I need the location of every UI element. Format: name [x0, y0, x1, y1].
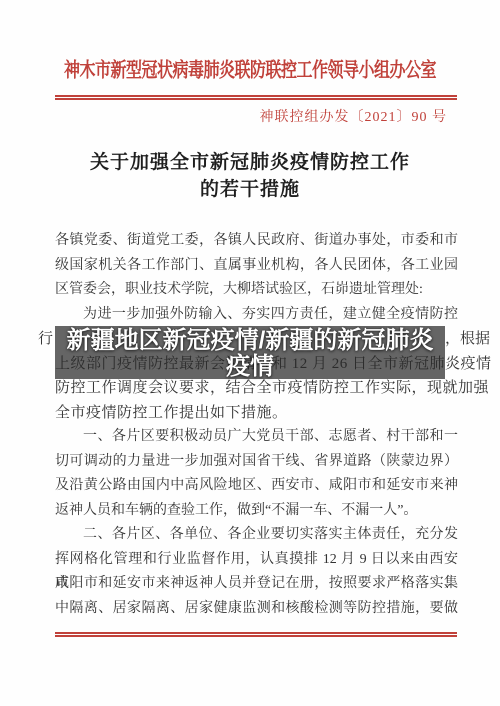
text-line: 中隔离、居家隔离、居家健康监测和核酸检测等防控措施，要做 [55, 597, 458, 622]
text-line: 二、各片区、各单位、各企业要切实落实主体责任，充分发 [55, 523, 458, 548]
text-line: 咸阳市和延安市来神返神人员并登记在册，按照要求严格落实集 [55, 572, 458, 597]
text-line: 区管委会，职业技术学院，大柳塔试验区，石峁遗址管理处: [55, 278, 458, 303]
text-line: 各镇党委、街道党工委，各镇人民政府、街道办事处，市委和市 [55, 229, 458, 254]
document-title: 关于加强全市新冠肺炎疫情防控工作 的若干措施 [0, 149, 500, 203]
footer-red-rule [55, 632, 457, 637]
document-body: 各镇党委、街道党工委，各镇人民政府、街道办事处，市委和市 级国家机关各工作部门、… [55, 229, 458, 621]
text-line: 一、各片区要积极动员广大党员干部、志愿者、村干部和一 [55, 425, 458, 450]
letterhead-red-rule [55, 95, 457, 100]
text-line: 返神人员和车辆的查验工作，做到“不漏一车、不漏一人”。 [55, 499, 458, 524]
text-line: 挥网格化管理和行业监督作用，认真摸排 12 月 9 日以来由西安市、 [55, 548, 458, 573]
hidden-line-right-fragment: ，根据 [445, 327, 490, 352]
letterhead-org-name: 神木市新型冠状病毒肺炎联防联控工作领导小组办公室 [0, 54, 500, 83]
document-title-line1: 关于加强全市新冠肺炎疫情防控工作 [0, 149, 500, 176]
caption-line2: 疫情 [55, 354, 445, 379]
text-line: 及沿黄公路由国内中高风险地区、西安市、咸阳市和延安市来神 [55, 474, 458, 499]
hidden-line-left-fragment: 行 [38, 327, 53, 352]
news-caption-overlay: 新疆地区新冠疫情/新疆的新冠肺炎 疫情 [55, 326, 445, 379]
scanned-document-page: 神木市新型冠状病毒肺炎联防联控工作领导小组办公室 神联控组办发〔2021〕90 … [0, 0, 500, 706]
text-line: 为进一步加强外防输入、夯实四方责任，建立健全疫情防控 [55, 303, 458, 328]
text-line: 全市疫情防控工作提出如下措施。 [55, 401, 458, 426]
text-line: 切可调动的力量进一步加强对国省干线、省界道路（陕蒙边界） [55, 450, 458, 475]
caption-line1: 新疆地区新冠疫情/新疆的新冠肺炎 [55, 327, 445, 354]
document-title-line2: 的若干措施 [0, 176, 500, 203]
text-line: 级国家机关各工作部门、直属事业机构，各人民团体，各工业园 [55, 254, 458, 279]
document-number: 神联控组办发〔2021〕90 号 [55, 106, 447, 126]
